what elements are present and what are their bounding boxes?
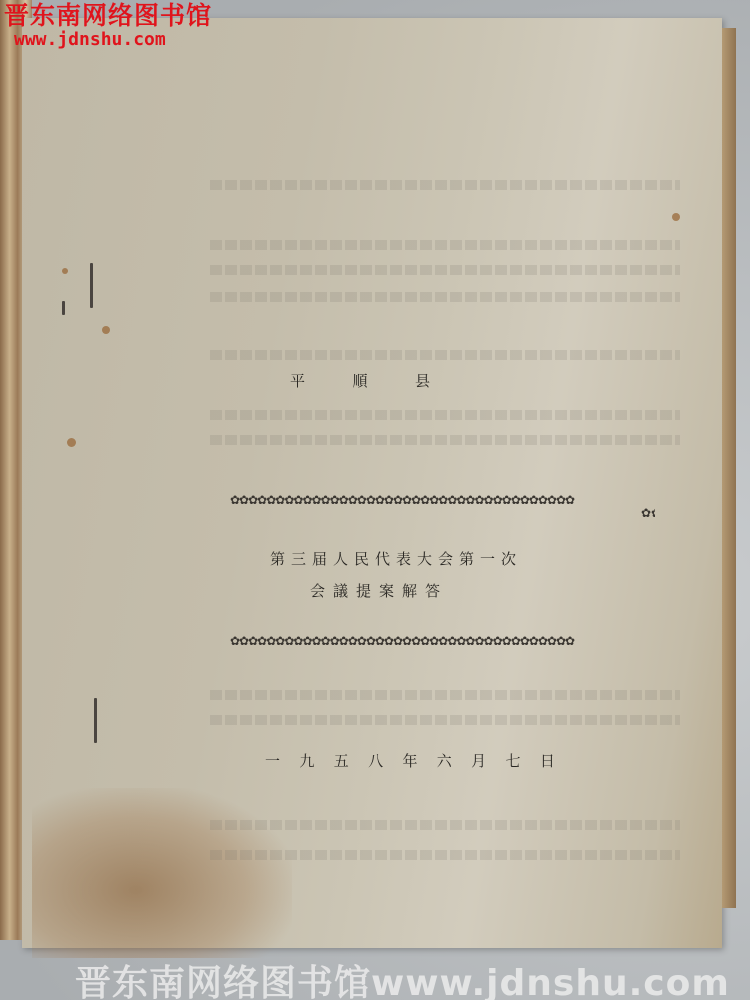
county-name: 平 順 县 <box>290 370 430 391</box>
bleed-through-text <box>210 180 680 190</box>
page-right-edge <box>722 28 736 908</box>
staple <box>94 698 97 743</box>
bleed-through-text <box>210 715 680 725</box>
date-char: 六 <box>437 750 452 771</box>
bleed-through-text <box>210 410 680 420</box>
date-char: 年 <box>402 750 417 771</box>
date-char: 八 <box>368 750 383 771</box>
flower-border-top: ✿✿✿✿✿✿✿✿✿✿✿✿✿✿✿✿✿✿✿✿✿✿✿✿✿✿✿✿✿✿✿✿✿✿✿✿✿✿ <box>230 493 655 507</box>
rust-spot <box>102 326 110 334</box>
staple <box>90 263 93 308</box>
bleed-through-text <box>210 435 680 445</box>
date-char: 五 <box>334 750 349 771</box>
flower-border-bottom: ✿✿✿✿✿✿✿✿✿✿✿✿✿✿✿✿✿✿✿✿✿✿✿✿✿✿✿✿✿✿✿✿✿✿✿✿✿✿ <box>230 634 655 648</box>
flower-border-right: ✿✿✿✿✿✿✿✿✿ <box>641 507 655 634</box>
county-char: 平 <box>290 370 305 391</box>
document-page <box>22 18 722 948</box>
watermark-url: www.jdnshu.com <box>14 30 212 50</box>
rust-spot <box>62 268 68 274</box>
date-char: 日 <box>540 750 555 771</box>
document-title-line1: 第三届人民代表大会第一次 <box>270 548 522 569</box>
document-date: 一 九 五 八 年 六 月 七 日 <box>265 750 555 771</box>
watermark-top: 晋东南网络图书馆 www.jdnshu.com <box>4 2 212 50</box>
date-char: 九 <box>299 750 314 771</box>
bleed-through-text <box>210 265 680 275</box>
water-stain <box>32 788 292 958</box>
rust-spot <box>672 213 680 221</box>
county-char: 順 <box>352 370 367 391</box>
bleed-through-text <box>210 240 680 250</box>
bleed-through-text <box>210 820 680 830</box>
county-char: 县 <box>415 370 430 391</box>
bleed-through-text <box>210 690 680 700</box>
document-title-line2: 会議提案解答 <box>310 580 448 601</box>
watermark-bottom: 晋东南网络图书馆www.jdnshu.com <box>75 955 730 1000</box>
bleed-through-text <box>210 850 680 860</box>
bleed-through-text <box>210 292 680 302</box>
date-char: 七 <box>506 750 521 771</box>
date-char: 月 <box>471 750 486 771</box>
rust-spot <box>67 438 76 447</box>
staple-hole <box>62 301 65 315</box>
flower-border-frame: ✿✿✿✿✿✿✿✿✿✿✿✿✿✿✿✿✿✿✿✿✿✿✿✿✿✿✿✿✿✿✿✿✿✿✿✿✿✿ ✿… <box>230 493 655 648</box>
bleed-through-text <box>210 350 680 360</box>
date-char: 一 <box>265 750 280 771</box>
watermark-library-name: 晋东南网络图书馆 <box>4 2 212 30</box>
